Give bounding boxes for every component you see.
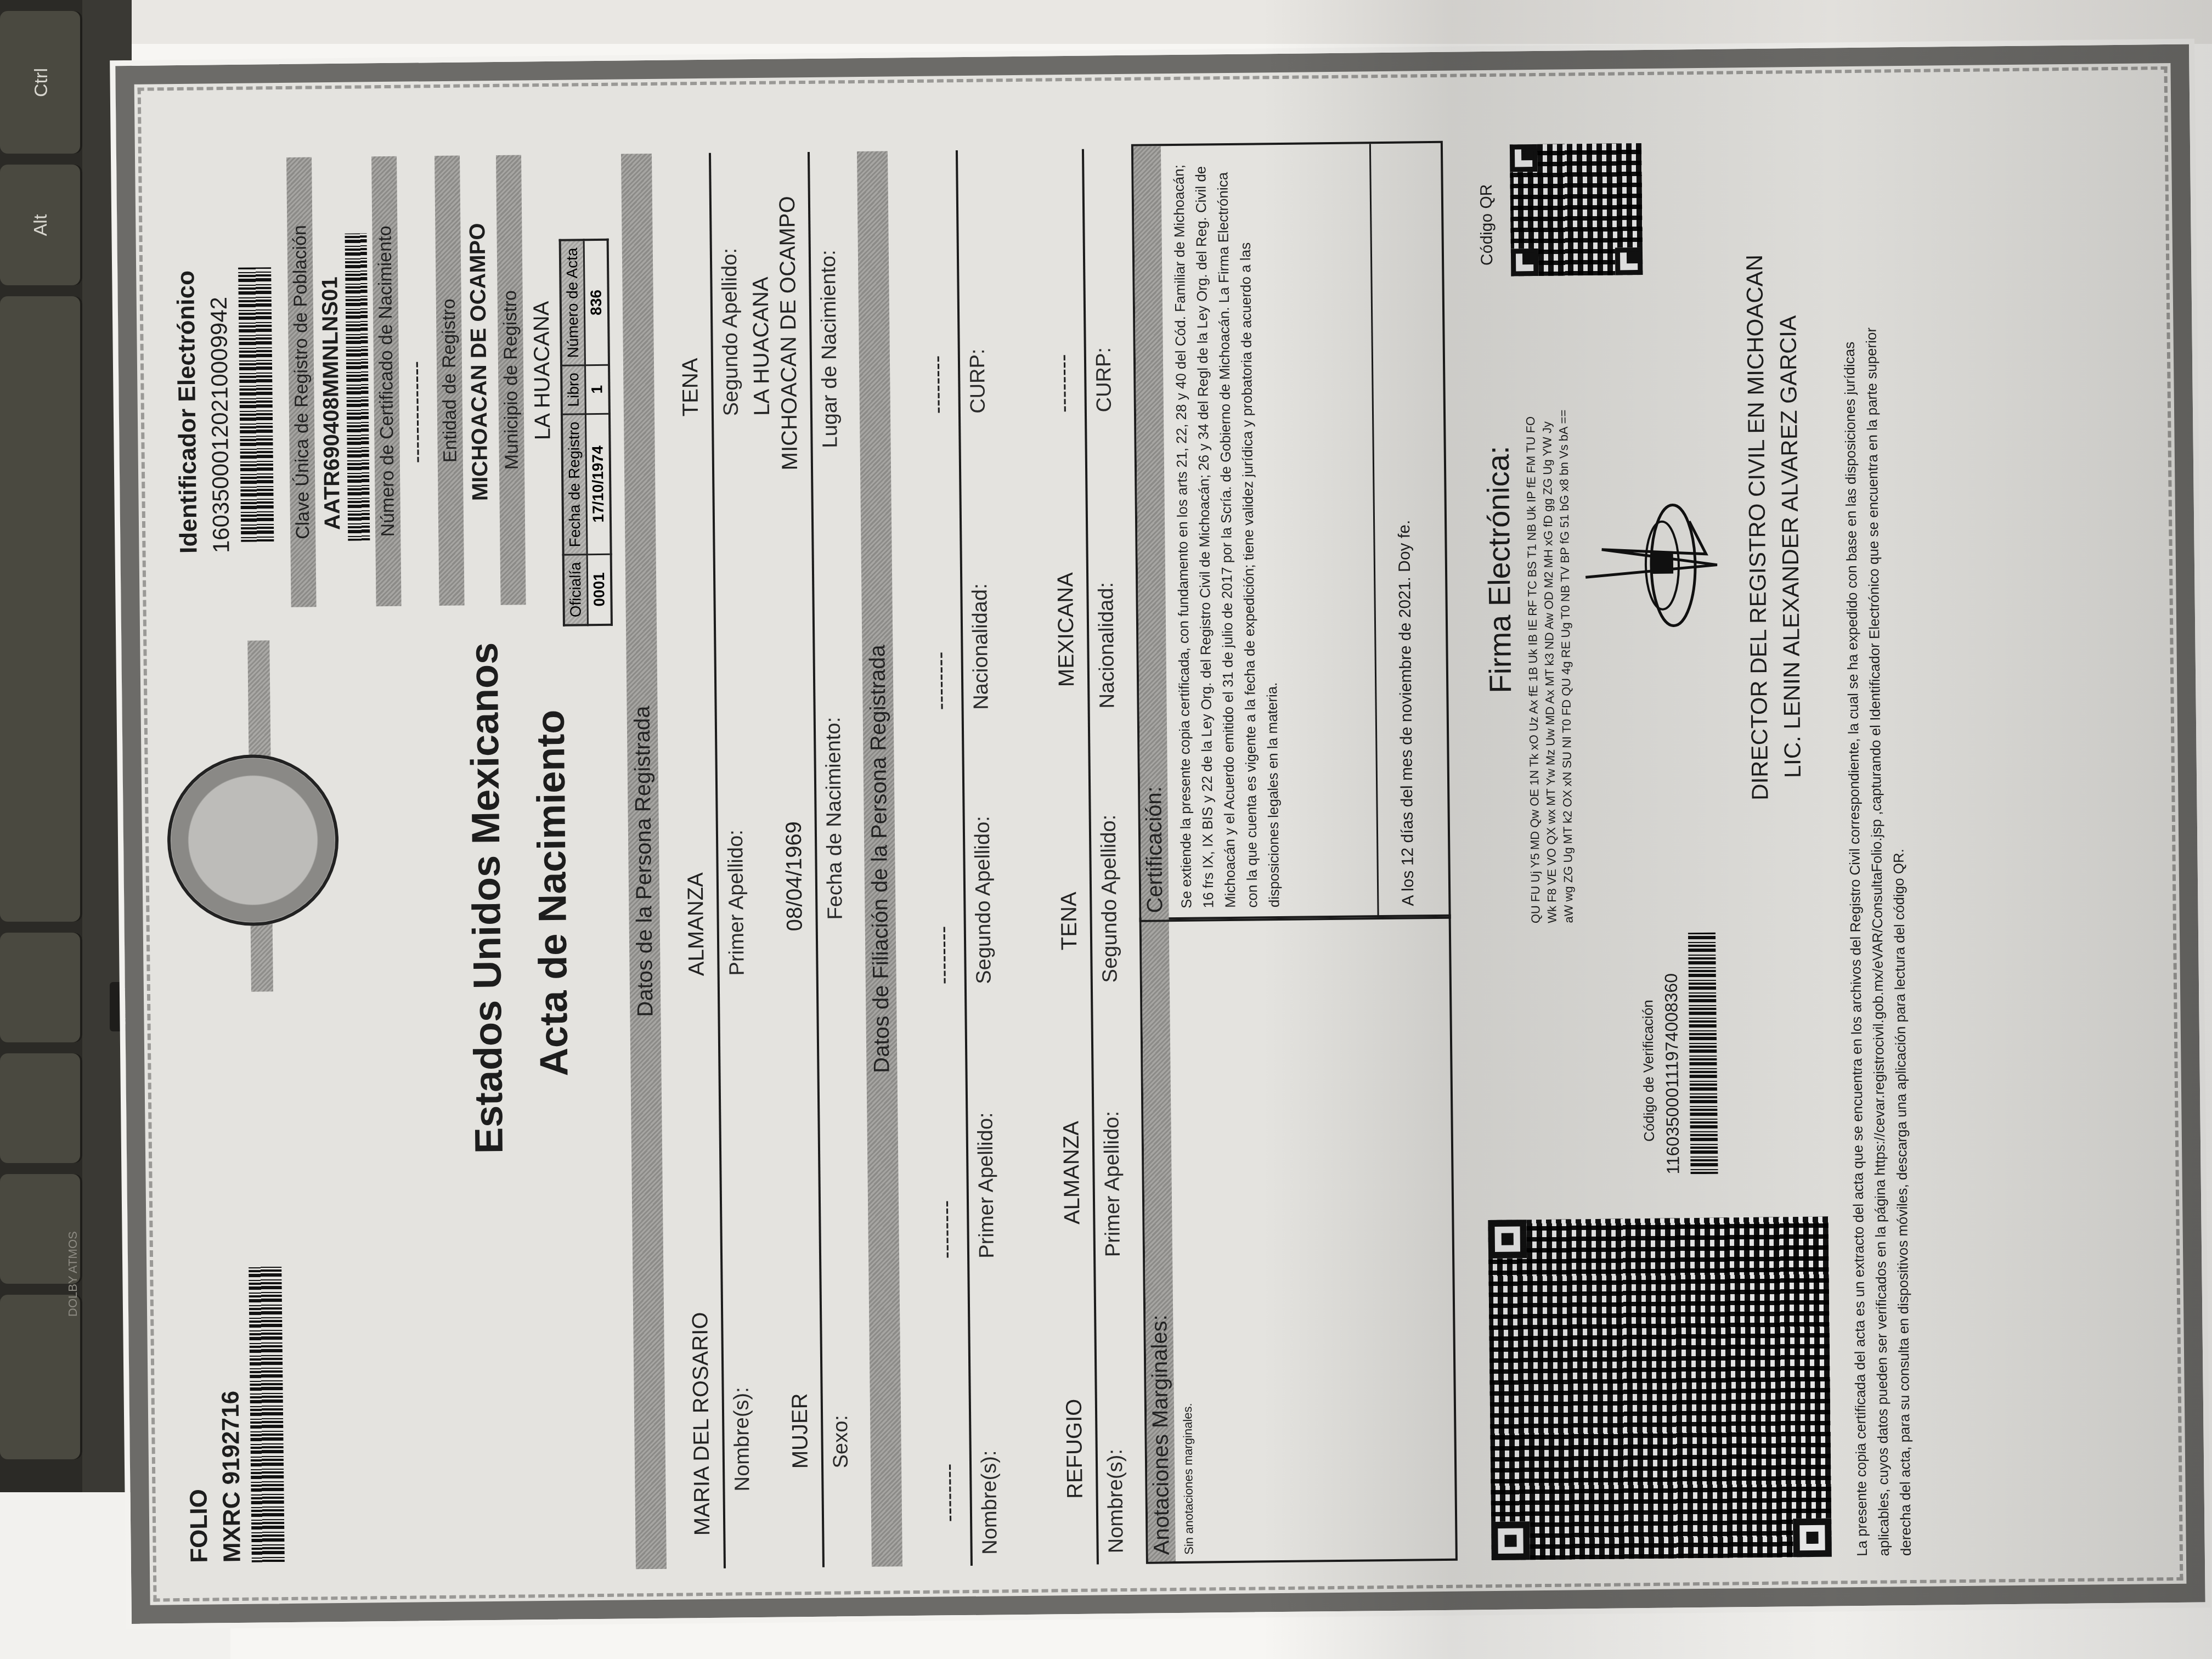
label-fecha-nacimiento: Fecha de Nacimiento:: [822, 717, 848, 920]
identificador-label: Identificador Electrónico: [172, 270, 202, 554]
label-padre-primer-apellido: Primer Apellido:: [974, 1112, 999, 1259]
certificacion-box: Certificación: Se extiende la presente c…: [1131, 141, 1451, 922]
certificacion-title: Certificación:: [1133, 146, 1169, 919]
curp-barcode: [345, 233, 370, 540]
label-segundo-apellido: Segundo Apellido:: [718, 248, 743, 416]
madre-segundo-apellido: TENA: [1057, 891, 1082, 950]
identificador-value: 16035000120210009942: [206, 297, 235, 554]
padre-curp: --------: [925, 356, 950, 414]
label-padre-nombres: Nombre(s):: [978, 1450, 1002, 1554]
key-space: [0, 296, 82, 922]
curp-value: AATR690408MMNLNS01: [318, 276, 345, 530]
label-lugar-nacimiento: Lugar de Nacimiento:: [817, 250, 843, 448]
certificacion-fecha: A los 12 días del mes de noviembre de 20…: [1395, 520, 1418, 906]
padre-segundo-apellido: --------: [931, 926, 956, 985]
section-filiacion: Datos de Filiación de la Persona Registr…: [857, 151, 902, 1566]
persona-primer-apellido: ALMANZA: [684, 872, 709, 976]
qr-finder: [1488, 1220, 1527, 1259]
td-fecha-registro: 17/10/1974: [585, 414, 611, 554]
qr-finder: [1510, 144, 1538, 172]
label-madre-nombres: Nombre(s):: [1104, 1449, 1128, 1553]
th-fecha-registro: Fecha de Registro: [562, 414, 587, 555]
firma-hash-1: QU FU Uj Y5 MD Qw OE 1N Tk xO Uz Ax fE 1…: [1523, 416, 1543, 923]
persona-fecha-nacimiento: 08/04/1969: [782, 821, 808, 932]
persona-nombres: MARIA DEL ROSARIO: [688, 1312, 715, 1536]
firma-title: Firma Electrónica:: [1480, 445, 1519, 693]
padre-nacionalidad: --------: [928, 652, 953, 710]
qr-finder: [1615, 247, 1643, 275]
td-libro: 1: [585, 365, 610, 414]
anotaciones-title: Anotaciones Marginales:: [1142, 919, 1176, 1561]
footer-line-3: derecha del acta, para su consulta en di…: [1890, 849, 1914, 1556]
entidad-value: MICHOACAN DE OCAMPO: [465, 223, 493, 501]
section-persona-registrada: Datos de la Persona Registrada: [621, 154, 667, 1569]
municipio-label: Municipio de Registro: [496, 155, 526, 605]
label-madre-curp: CURP:: [1092, 347, 1116, 413]
label-nombres: Nombre(s):: [730, 1387, 755, 1491]
th-oficialia: Oficialía: [563, 555, 588, 625]
madre-curp: --------: [1051, 354, 1076, 413]
certificado-label: Número de Certificado de Nacimiento: [371, 156, 402, 606]
certificado-value: --------------: [404, 361, 430, 464]
label-madre-segundo-apellido: Segundo Apellido:: [1097, 815, 1122, 983]
persona-lugar-1: LA HUACANA: [748, 276, 775, 416]
label-madre-primer-apellido: Primer Apellido:: [1100, 1111, 1125, 1257]
document-title: Acta de Nacimiento: [528, 709, 577, 1076]
key-ctrl-left: [0, 1295, 82, 1459]
qr-finder: [1491, 1521, 1530, 1560]
qr-label: Código QR: [1477, 184, 1497, 266]
curp-label: Clave Única de Registro de Población: [286, 157, 317, 607]
key-alt: Alt: [0, 165, 82, 285]
madre-nacionalidad: MEXICANA: [1053, 572, 1079, 687]
verificacion-label: Código de Verificación: [1639, 1000, 1658, 1142]
identificador-barcode: [238, 267, 274, 542]
label-padre-segundo-apellido: Segundo Apellido:: [971, 816, 996, 984]
label-madre-nacionalidad: Nacionalidad:: [1094, 582, 1119, 709]
verificacion-barcode: [1688, 933, 1718, 1174]
key-ctrl: Ctrl: [0, 11, 82, 154]
key-alt-right: [0, 933, 82, 1042]
madre-nombres: REFUGIO: [1062, 1399, 1088, 1499]
divider: [1369, 144, 1379, 917]
persona-lugar-2: MICHOACAN DE OCAMPO: [775, 196, 803, 470]
folio-label: FOLIO: [185, 1489, 213, 1563]
key-windows: [0, 1053, 82, 1163]
director-name: LIC. LENIN ALEXANDER ALVAREZ GARCIA: [1775, 315, 1806, 778]
padre-primer-apellido: --------: [934, 1200, 959, 1259]
firma-hash-3: aW wg ZG Ug MT k2 OX xN SU NI T0 FD QU 4…: [1556, 410, 1576, 923]
anotaciones-text: Sin anotaciones marginales.: [1181, 1403, 1197, 1555]
entidad-label: Entidad de Registro: [435, 156, 465, 606]
label-sexo: Sexo:: [829, 1415, 853, 1469]
label-padre-nacionalidad: Nacionalidad:: [968, 583, 993, 710]
signature-qr-code: [1510, 143, 1643, 276]
municipio-value: LA HUACANA: [529, 301, 556, 440]
director-title: DIRECTOR DEL REGISTRO CIVIL EN MICHOACAN: [1741, 255, 1773, 800]
certificacion-text: Se extiende la presente copia certificad…: [1167, 161, 1285, 909]
folio-barcode: [249, 1266, 285, 1562]
laptop-keyboard: Ctrl Alt YOGA 7i DOLBY ATMOS: [0, 0, 132, 1492]
signature-icon: [1579, 482, 1729, 659]
th-numero-acta: Número de Acta: [560, 240, 585, 365]
dolby-label: DOLBY ATMOS: [66, 1231, 80, 1317]
padre-nombres: --------: [936, 1464, 962, 1522]
main-qr-code: [1488, 1217, 1831, 1560]
td-numero-acta: 836: [584, 240, 609, 365]
qr-finder: [1511, 249, 1539, 276]
country-title: Estados Unidos Mexicanos: [461, 642, 512, 1154]
qr-finder: [1793, 1519, 1832, 1558]
verificacion-value: 116035000111974008360: [1661, 973, 1684, 1175]
anotaciones-box: Anotaciones Marginales: Sin anotaciones …: [1139, 915, 1458, 1564]
registro-table: Oficialía Fecha de Registro Libro Número…: [559, 239, 613, 627]
birth-certificate: FOLIO MXRC 9192716 Identificador Electró…: [115, 44, 2205, 1624]
firma-hash-2: Wk F8 VE VO QX wx MT Yw Mz Uw MD Ax MT k…: [1540, 421, 1560, 923]
td-oficialia: 0001: [587, 554, 612, 625]
th-libro: Libro: [561, 365, 585, 415]
folio-value: MXRC 9192716: [217, 1391, 246, 1563]
label-primer-apellido: Primer Apellido:: [724, 830, 749, 976]
madre-primer-apellido: ALMANZA: [1059, 1121, 1085, 1224]
persona-segundo-apellido: TENA: [678, 358, 703, 416]
label-padre-curp: CURP:: [966, 348, 990, 414]
persona-sexo: MUJER: [788, 1393, 813, 1469]
